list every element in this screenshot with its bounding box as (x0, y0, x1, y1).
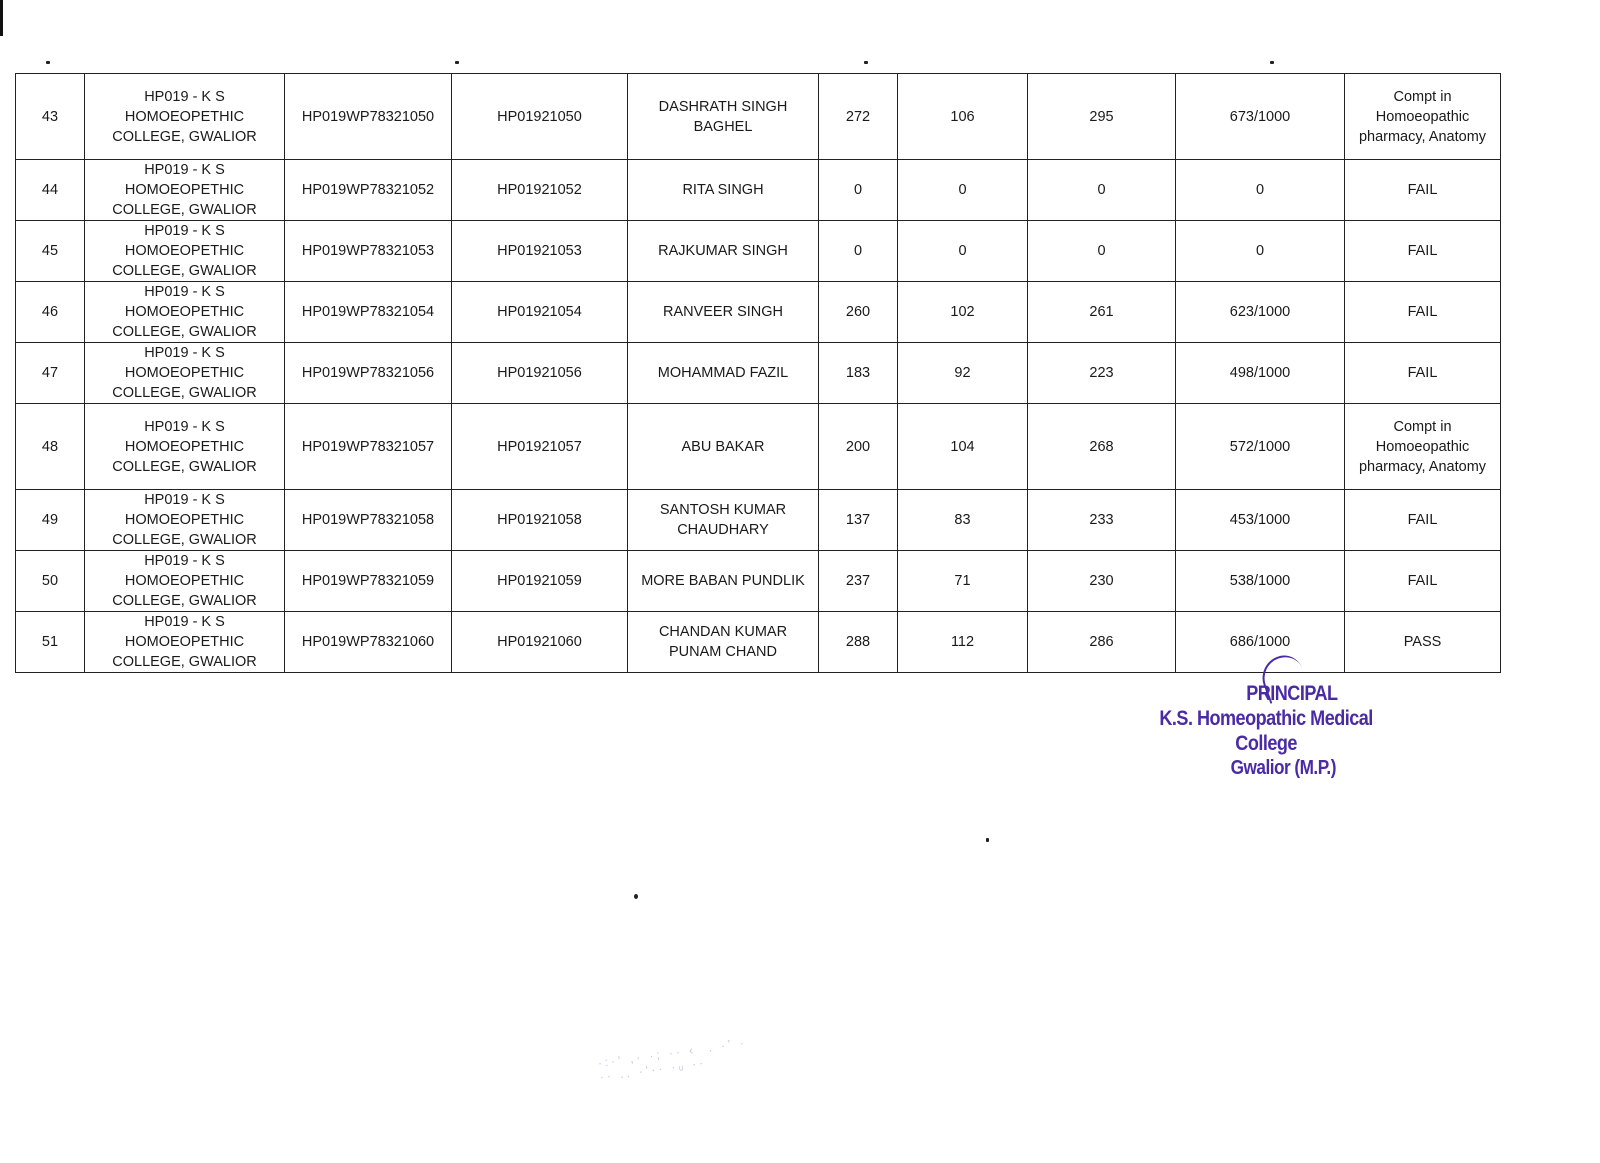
student-name: RANVEER SINGH (628, 282, 819, 343)
college-name: HP019 - K S HOMOEOPETHIC COLLEGE, GWALIO… (85, 490, 285, 551)
result-status: FAIL (1345, 551, 1501, 612)
results-table-body: 43HP019 - K S HOMOEOPETHIC COLLEGE, GWAL… (16, 74, 1501, 673)
college-name: HP019 - K S HOMOEOPETHIC COLLEGE, GWALIO… (85, 282, 285, 343)
total-marks: 498/1000 (1176, 343, 1345, 404)
faint-stamp-mark: ·:·‘ ,· ·; ·· ‹ . ·ʼ ··· .. ·ʻ·· ·ᵤ ·· (597, 1024, 833, 1115)
enrollment-number: HP019WP78321056 (285, 343, 452, 404)
marks-paper-2: 112 (898, 612, 1028, 673)
stamp-location: Gwalior (M.P.) (1150, 756, 1382, 780)
scan-speck (634, 894, 638, 899)
college-name: HP019 - K S HOMOEOPETHIC COLLEGE, GWALIO… (85, 160, 285, 221)
enrollment-number: HP019WP78321054 (285, 282, 452, 343)
marks-paper-3: 286 (1028, 612, 1176, 673)
marks-paper-3: 230 (1028, 551, 1176, 612)
college-name: HP019 - K S HOMOEOPETHIC COLLEGE, GWALIO… (85, 551, 285, 612)
marks-paper-3: 268 (1028, 404, 1176, 490)
marks-paper-1: 272 (819, 74, 898, 160)
enrollment-number: HP019WP78321059 (285, 551, 452, 612)
table-row: 44HP019 - K S HOMOEOPETHIC COLLEGE, GWAL… (16, 160, 1501, 221)
roll-number: HP01921053 (452, 221, 628, 282)
enrollment-number: HP019WP78321053 (285, 221, 452, 282)
row-serial-number: 48 (16, 404, 85, 490)
row-serial-number: 44 (16, 160, 85, 221)
enrollment-number: HP019WP78321058 (285, 490, 452, 551)
scan-speck (455, 61, 459, 64)
table-row: 49HP019 - K S HOMOEOPETHIC COLLEGE, GWAL… (16, 490, 1501, 551)
college-name: HP019 - K S HOMOEOPETHIC COLLEGE, GWALIO… (85, 612, 285, 673)
student-name: DASHRATH SINGH BAGHEL (628, 74, 819, 160)
marks-paper-3: 233 (1028, 490, 1176, 551)
results-table: 43HP019 - K S HOMOEOPETHIC COLLEGE, GWAL… (15, 73, 1501, 673)
student-name: SANTOSH KUMAR CHAUDHARY (628, 490, 819, 551)
marks-paper-2: 71 (898, 551, 1028, 612)
student-name: MOHAMMAD FAZIL (628, 343, 819, 404)
marks-paper-3: 295 (1028, 74, 1176, 160)
row-serial-number: 49 (16, 490, 85, 551)
roll-number: HP01921059 (452, 551, 628, 612)
result-status: FAIL (1345, 221, 1501, 282)
roll-number: HP01921057 (452, 404, 628, 490)
marks-paper-2: 83 (898, 490, 1028, 551)
principal-stamp: PRINCIPAL K.S. Homeopathic Medical Colle… (1150, 682, 1382, 780)
table-row: 50HP019 - K S HOMOEOPETHIC COLLEGE, GWAL… (16, 551, 1501, 612)
total-marks: 538/1000 (1176, 551, 1345, 612)
roll-number: HP01921052 (452, 160, 628, 221)
scan-speck (986, 838, 989, 842)
enrollment-number: HP019WP78321052 (285, 160, 452, 221)
marks-paper-3: 261 (1028, 282, 1176, 343)
marks-paper-1: 260 (819, 282, 898, 343)
student-name: CHANDAN KUMAR PUNAM CHAND (628, 612, 819, 673)
stamp-college: K.S. Homeopathic Medical College (1150, 706, 1382, 756)
student-name: ABU BAKAR (628, 404, 819, 490)
row-serial-number: 46 (16, 282, 85, 343)
scan-edge-mark (0, 0, 3, 36)
college-name: HP019 - K S HOMOEOPETHIC COLLEGE, GWALIO… (85, 74, 285, 160)
row-serial-number: 51 (16, 612, 85, 673)
roll-number: HP01921056 (452, 343, 628, 404)
total-marks: 0 (1176, 160, 1345, 221)
roll-number: HP01921050 (452, 74, 628, 160)
total-marks: 0 (1176, 221, 1345, 282)
marks-paper-2: 0 (898, 160, 1028, 221)
roll-number: HP01921054 (452, 282, 628, 343)
total-marks: 623/1000 (1176, 282, 1345, 343)
roll-number: HP01921058 (452, 490, 628, 551)
marks-paper-3: 0 (1028, 160, 1176, 221)
marks-paper-3: 223 (1028, 343, 1176, 404)
result-status: FAIL (1345, 490, 1501, 551)
row-serial-number: 43 (16, 74, 85, 160)
total-marks: 572/1000 (1176, 404, 1345, 490)
result-status: FAIL (1345, 343, 1501, 404)
marks-paper-1: 288 (819, 612, 898, 673)
marks-paper-1: 237 (819, 551, 898, 612)
marks-paper-1: 137 (819, 490, 898, 551)
enrollment-number: HP019WP78321057 (285, 404, 452, 490)
marks-paper-2: 104 (898, 404, 1028, 490)
total-marks: 453/1000 (1176, 490, 1345, 551)
marks-paper-3: 0 (1028, 221, 1176, 282)
result-status: Compt in Homoeopathic pharmacy, Anatomy (1345, 404, 1501, 490)
total-marks: 686/1000 (1176, 612, 1345, 673)
table-row: 46HP019 - K S HOMOEOPETHIC COLLEGE, GWAL… (16, 282, 1501, 343)
student-name: MORE BABAN PUNDLIK (628, 551, 819, 612)
marks-paper-2: 106 (898, 74, 1028, 160)
scan-speck (864, 61, 868, 64)
result-status: PASS (1345, 612, 1501, 673)
row-serial-number: 45 (16, 221, 85, 282)
total-marks: 673/1000 (1176, 74, 1345, 160)
marks-paper-2: 0 (898, 221, 1028, 282)
marks-paper-1: 200 (819, 404, 898, 490)
marks-paper-1: 183 (819, 343, 898, 404)
marks-paper-2: 92 (898, 343, 1028, 404)
roll-number: HP01921060 (452, 612, 628, 673)
row-serial-number: 47 (16, 343, 85, 404)
result-status: Compt in Homoeopathic pharmacy, Anatomy (1345, 74, 1501, 160)
table-row: 45HP019 - K S HOMOEOPETHIC COLLEGE, GWAL… (16, 221, 1501, 282)
table-row: 47HP019 - K S HOMOEOPETHIC COLLEGE, GWAL… (16, 343, 1501, 404)
college-name: HP019 - K S HOMOEOPETHIC COLLEGE, GWALIO… (85, 343, 285, 404)
marks-paper-1: 0 (819, 221, 898, 282)
marks-paper-2: 102 (898, 282, 1028, 343)
enrollment-number: HP019WP78321050 (285, 74, 452, 160)
college-name: HP019 - K S HOMOEOPETHIC COLLEGE, GWALIO… (85, 404, 285, 490)
enrollment-number: HP019WP78321060 (285, 612, 452, 673)
stamp-title: PRINCIPAL (1150, 682, 1382, 706)
table-row: 48HP019 - K S HOMOEOPETHIC COLLEGE, GWAL… (16, 404, 1501, 490)
table-row: 43HP019 - K S HOMOEOPETHIC COLLEGE, GWAL… (16, 74, 1501, 160)
scan-speck (46, 61, 50, 64)
result-status: FAIL (1345, 282, 1501, 343)
marks-paper-1: 0 (819, 160, 898, 221)
college-name: HP019 - K S HOMOEOPETHIC COLLEGE, GWALIO… (85, 221, 285, 282)
scan-speck (1270, 61, 1274, 64)
row-serial-number: 50 (16, 551, 85, 612)
student-name: RITA SINGH (628, 160, 819, 221)
result-status: FAIL (1345, 160, 1501, 221)
student-name: RAJKUMAR SINGH (628, 221, 819, 282)
